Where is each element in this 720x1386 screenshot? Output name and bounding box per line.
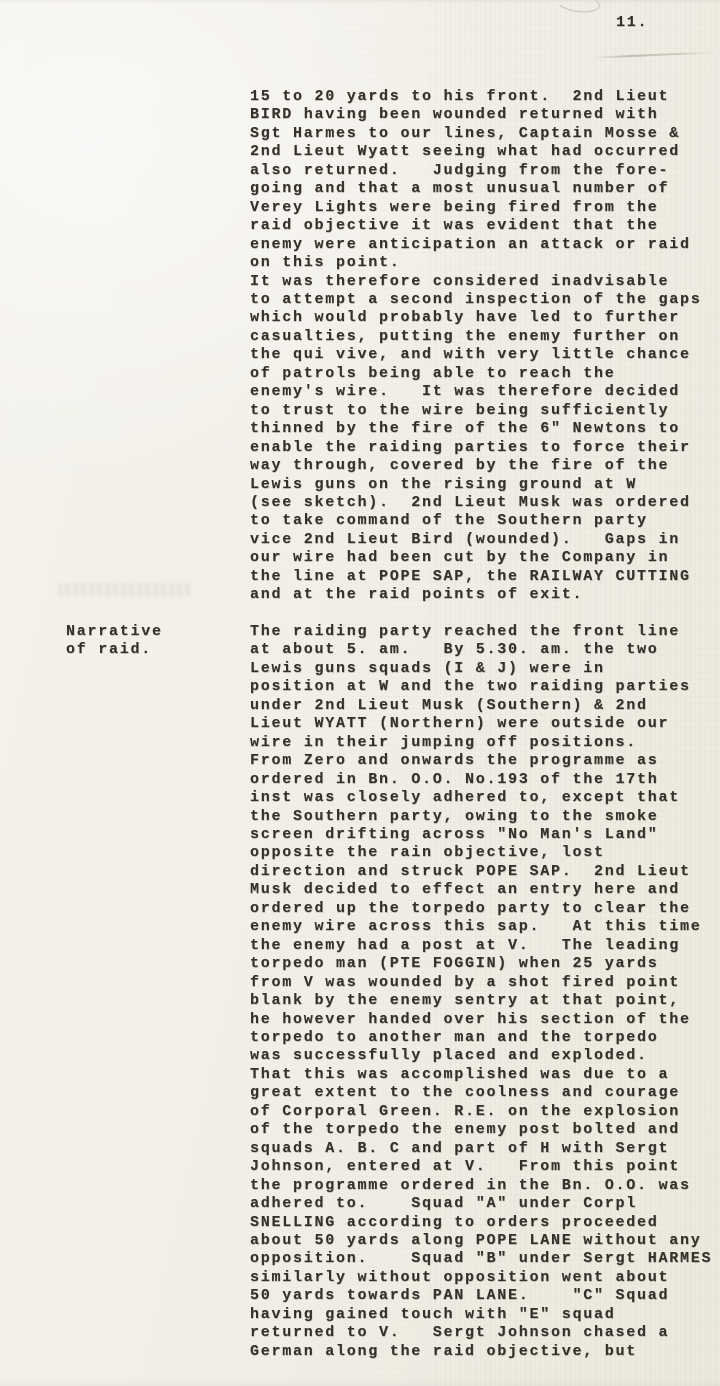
narrative-of-raid-text: The raiding party reached the front line… [250, 623, 712, 1361]
margin-note-narrative-of-raid: Narrative of raid. [66, 623, 163, 660]
narrative-intro-text: 15 to 20 yards to his front. 2nd Lieut B… [250, 88, 702, 605]
war-diary-page: 11. 15 to 20 yards to his front. 2nd Lie… [0, 0, 720, 1386]
faint-scratch-line [592, 51, 716, 58]
faded-margin-smudge [58, 583, 190, 597]
pencil-mark [555, 0, 601, 15]
page-number: 11. [616, 14, 648, 32]
